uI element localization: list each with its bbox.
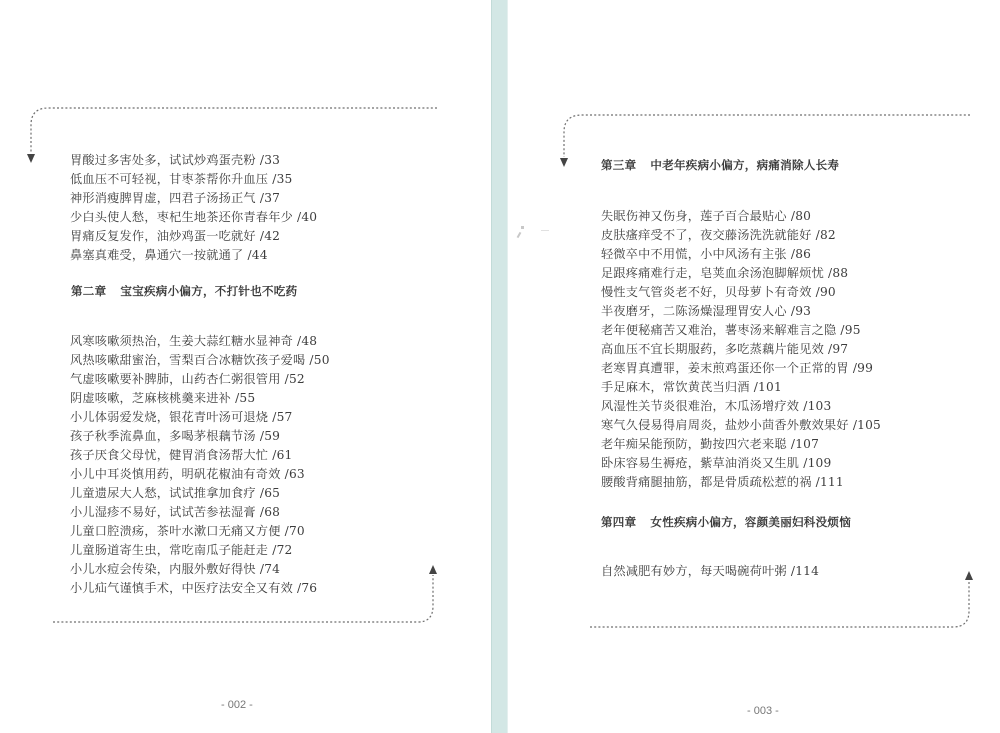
chapter-title: 宝宝疾病小偏方，不打针也不吃药 [120, 284, 297, 298]
toc-entry[interactable]: 胃酸过多害处多，试试炒鸡蛋壳粉 /33 [70, 151, 317, 170]
page-number-left: - 002 - [221, 699, 253, 711]
chapter-2-heading[interactable]: 第二章宝宝疾病小偏方，不打针也不吃药 [71, 283, 297, 299]
book-spine-gutter [491, 0, 508, 733]
toc-entry[interactable]: 失眠伤神又伤身，莲子百合最贴心 /80 [601, 207, 881, 226]
toc-entry[interactable]: 老年便秘痛苦又难治，薯枣汤来解难言之隐 /95 [601, 321, 881, 340]
toc-entry[interactable]: 孩子秋季流鼻血，多喝茅根藕节汤 /59 [70, 427, 330, 446]
toc-entry[interactable]: 腰酸背痛腿抽筋，都是骨质疏松惹的祸 /111 [601, 473, 881, 492]
toc-entry[interactable]: 风热咳嗽甜蜜治，雪梨百合冰糖饮孩子爱喝 /50 [70, 351, 330, 370]
toc-entry[interactable]: 小儿体弱爱发烧，银花青叶汤可退烧 /57 [70, 408, 330, 427]
toc-entry[interactable]: 手足麻木，常饮黄芪当归酒 /101 [601, 378, 881, 397]
toc-entry[interactable]: 足跟疼痛难行走，皂荚血余汤泡脚解烦忧 /88 [601, 264, 881, 283]
chapter-title: 女性疾病小偏方，容颜美丽妇科没烦恼 [650, 515, 851, 529]
toc-entry[interactable]: 阴虚咳嗽，芝麻核桃羹来进补 /55 [70, 389, 330, 408]
chapter-4-heading[interactable]: 第四章女性疾病小偏方，容颜美丽妇科没烦恼 [601, 514, 851, 530]
right-page: 第三章中老年疾病小偏方，病痛消除人长寿 失眠伤神又伤身，莲子百合最贴心 /80 … [508, 0, 1000, 733]
chapter-title: 中老年疾病小偏方，病痛消除人长寿 [650, 158, 839, 172]
scan-artifact [521, 226, 524, 229]
toc-entry[interactable]: 孩子厌食父母忧，健胃消食汤帮大忙 /61 [70, 446, 330, 465]
toc-chapter-3-entries: 失眠伤神又伤身，莲子百合最贴心 /80 皮肤瘙痒受不了，夜交藤汤洗洗就能好 /8… [601, 207, 881, 492]
left-page: 胃酸过多害处多，试试炒鸡蛋壳粉 /33 低血压不可轻视，甘枣茶帮你升血压 /35… [0, 0, 491, 733]
chapter-number: 第四章 [601, 515, 636, 529]
toc-entry[interactable]: 轻微卒中不用慌，小中风汤有主张 /86 [601, 245, 881, 264]
chapter-3-heading[interactable]: 第三章中老年疾病小偏方，病痛消除人长寿 [601, 157, 839, 173]
toc-entry[interactable]: 小儿疝气谨慎手术，中医疗法安全又有效 /76 [70, 579, 330, 598]
toc-entry[interactable]: 气虚咳嗽要补脾肺，山药杏仁粥很管用 /52 [70, 370, 330, 389]
toc-top-entries: 胃酸过多害处多，试试炒鸡蛋壳粉 /33 低血压不可轻视，甘枣茶帮你升血压 /35… [70, 151, 317, 265]
toc-entry[interactable]: 老年痴呆能预防，勤按四穴老来聪 /107 [601, 435, 881, 454]
chapter-number: 第二章 [71, 284, 106, 298]
toc-entry[interactable]: 风寒咳嗽须热治，生姜大蒜红糖水显神奇 /48 [70, 332, 330, 351]
toc-entry[interactable]: 小儿湿疹不易好，试试苦参祛湿膏 /68 [70, 503, 330, 522]
page-number-right: - 003 - [747, 705, 779, 717]
arrow-down-icon [560, 158, 568, 167]
scan-artifact [541, 230, 549, 231]
toc-entry[interactable]: 半夜磨牙，二陈汤燥湿理胃安人心 /93 [601, 302, 881, 321]
toc-entry[interactable]: 风湿性关节炎很难治，木瓜汤增疗效 /103 [601, 397, 881, 416]
toc-chapter-4-entries: 自然减肥有妙方，每天喝碗荷叶粥 /114 [601, 562, 819, 581]
arrow-down-icon [27, 154, 35, 163]
toc-entry[interactable]: 自然减肥有妙方，每天喝碗荷叶粥 /114 [601, 562, 819, 581]
toc-entry[interactable]: 高血压不宜长期服药，多吃蒸藕片能见效 /97 [601, 340, 881, 359]
toc-chapter-2-entries: 风寒咳嗽须热治，生姜大蒜红糖水显神奇 /48 风热咳嗽甜蜜治，雪梨百合冰糖饮孩子… [70, 332, 330, 598]
toc-entry[interactable]: 寒气久侵易得肩周炎，盐炒小茴香外敷效果好 /105 [601, 416, 881, 435]
toc-entry[interactable]: 胃痛反复发作，油炒鸡蛋一吃就好 /42 [70, 227, 317, 246]
toc-entry[interactable]: 老寒胃真遭罪，姜末煎鸡蛋还你一个正常的胃 /99 [601, 359, 881, 378]
toc-entry[interactable]: 少白头使人愁，枣杞生地茶还你青春年少 /40 [70, 208, 317, 227]
toc-entry[interactable]: 小儿水痘会传染，内服外敷好得快 /74 [70, 560, 330, 579]
toc-entry[interactable]: 卧床容易生褥疮，紫草油消炎又生肌 /109 [601, 454, 881, 473]
toc-entry[interactable]: 儿童口腔溃疡，茶叶水漱口无痛又方便 /70 [70, 522, 330, 541]
toc-entry[interactable]: 鼻塞真难受，鼻通穴一按就通了 /44 [70, 246, 317, 265]
toc-entry[interactable]: 低血压不可轻视，甘枣茶帮你升血压 /35 [70, 170, 317, 189]
arrow-up-icon [965, 571, 973, 580]
chapter-number: 第三章 [601, 158, 636, 172]
scan-artifact [517, 232, 522, 238]
toc-entry[interactable]: 儿童肠道寄生虫，常吃南瓜子能赶走 /72 [70, 541, 330, 560]
toc-entry[interactable]: 神形消瘦脾胃虚，四君子汤扬正气 /37 [70, 189, 317, 208]
toc-entry[interactable]: 小儿中耳炎慎用药，明矾花椒油有奇效 /63 [70, 465, 330, 484]
toc-entry[interactable]: 儿童遗尿大人愁，试试推拿加食疗 /65 [70, 484, 330, 503]
toc-entry[interactable]: 皮肤瘙痒受不了，夜交藤汤洗洗就能好 /82 [601, 226, 881, 245]
arrow-up-icon [429, 565, 437, 574]
toc-entry[interactable]: 慢性支气管炎老不好，贝母萝卜有奇效 /90 [601, 283, 881, 302]
